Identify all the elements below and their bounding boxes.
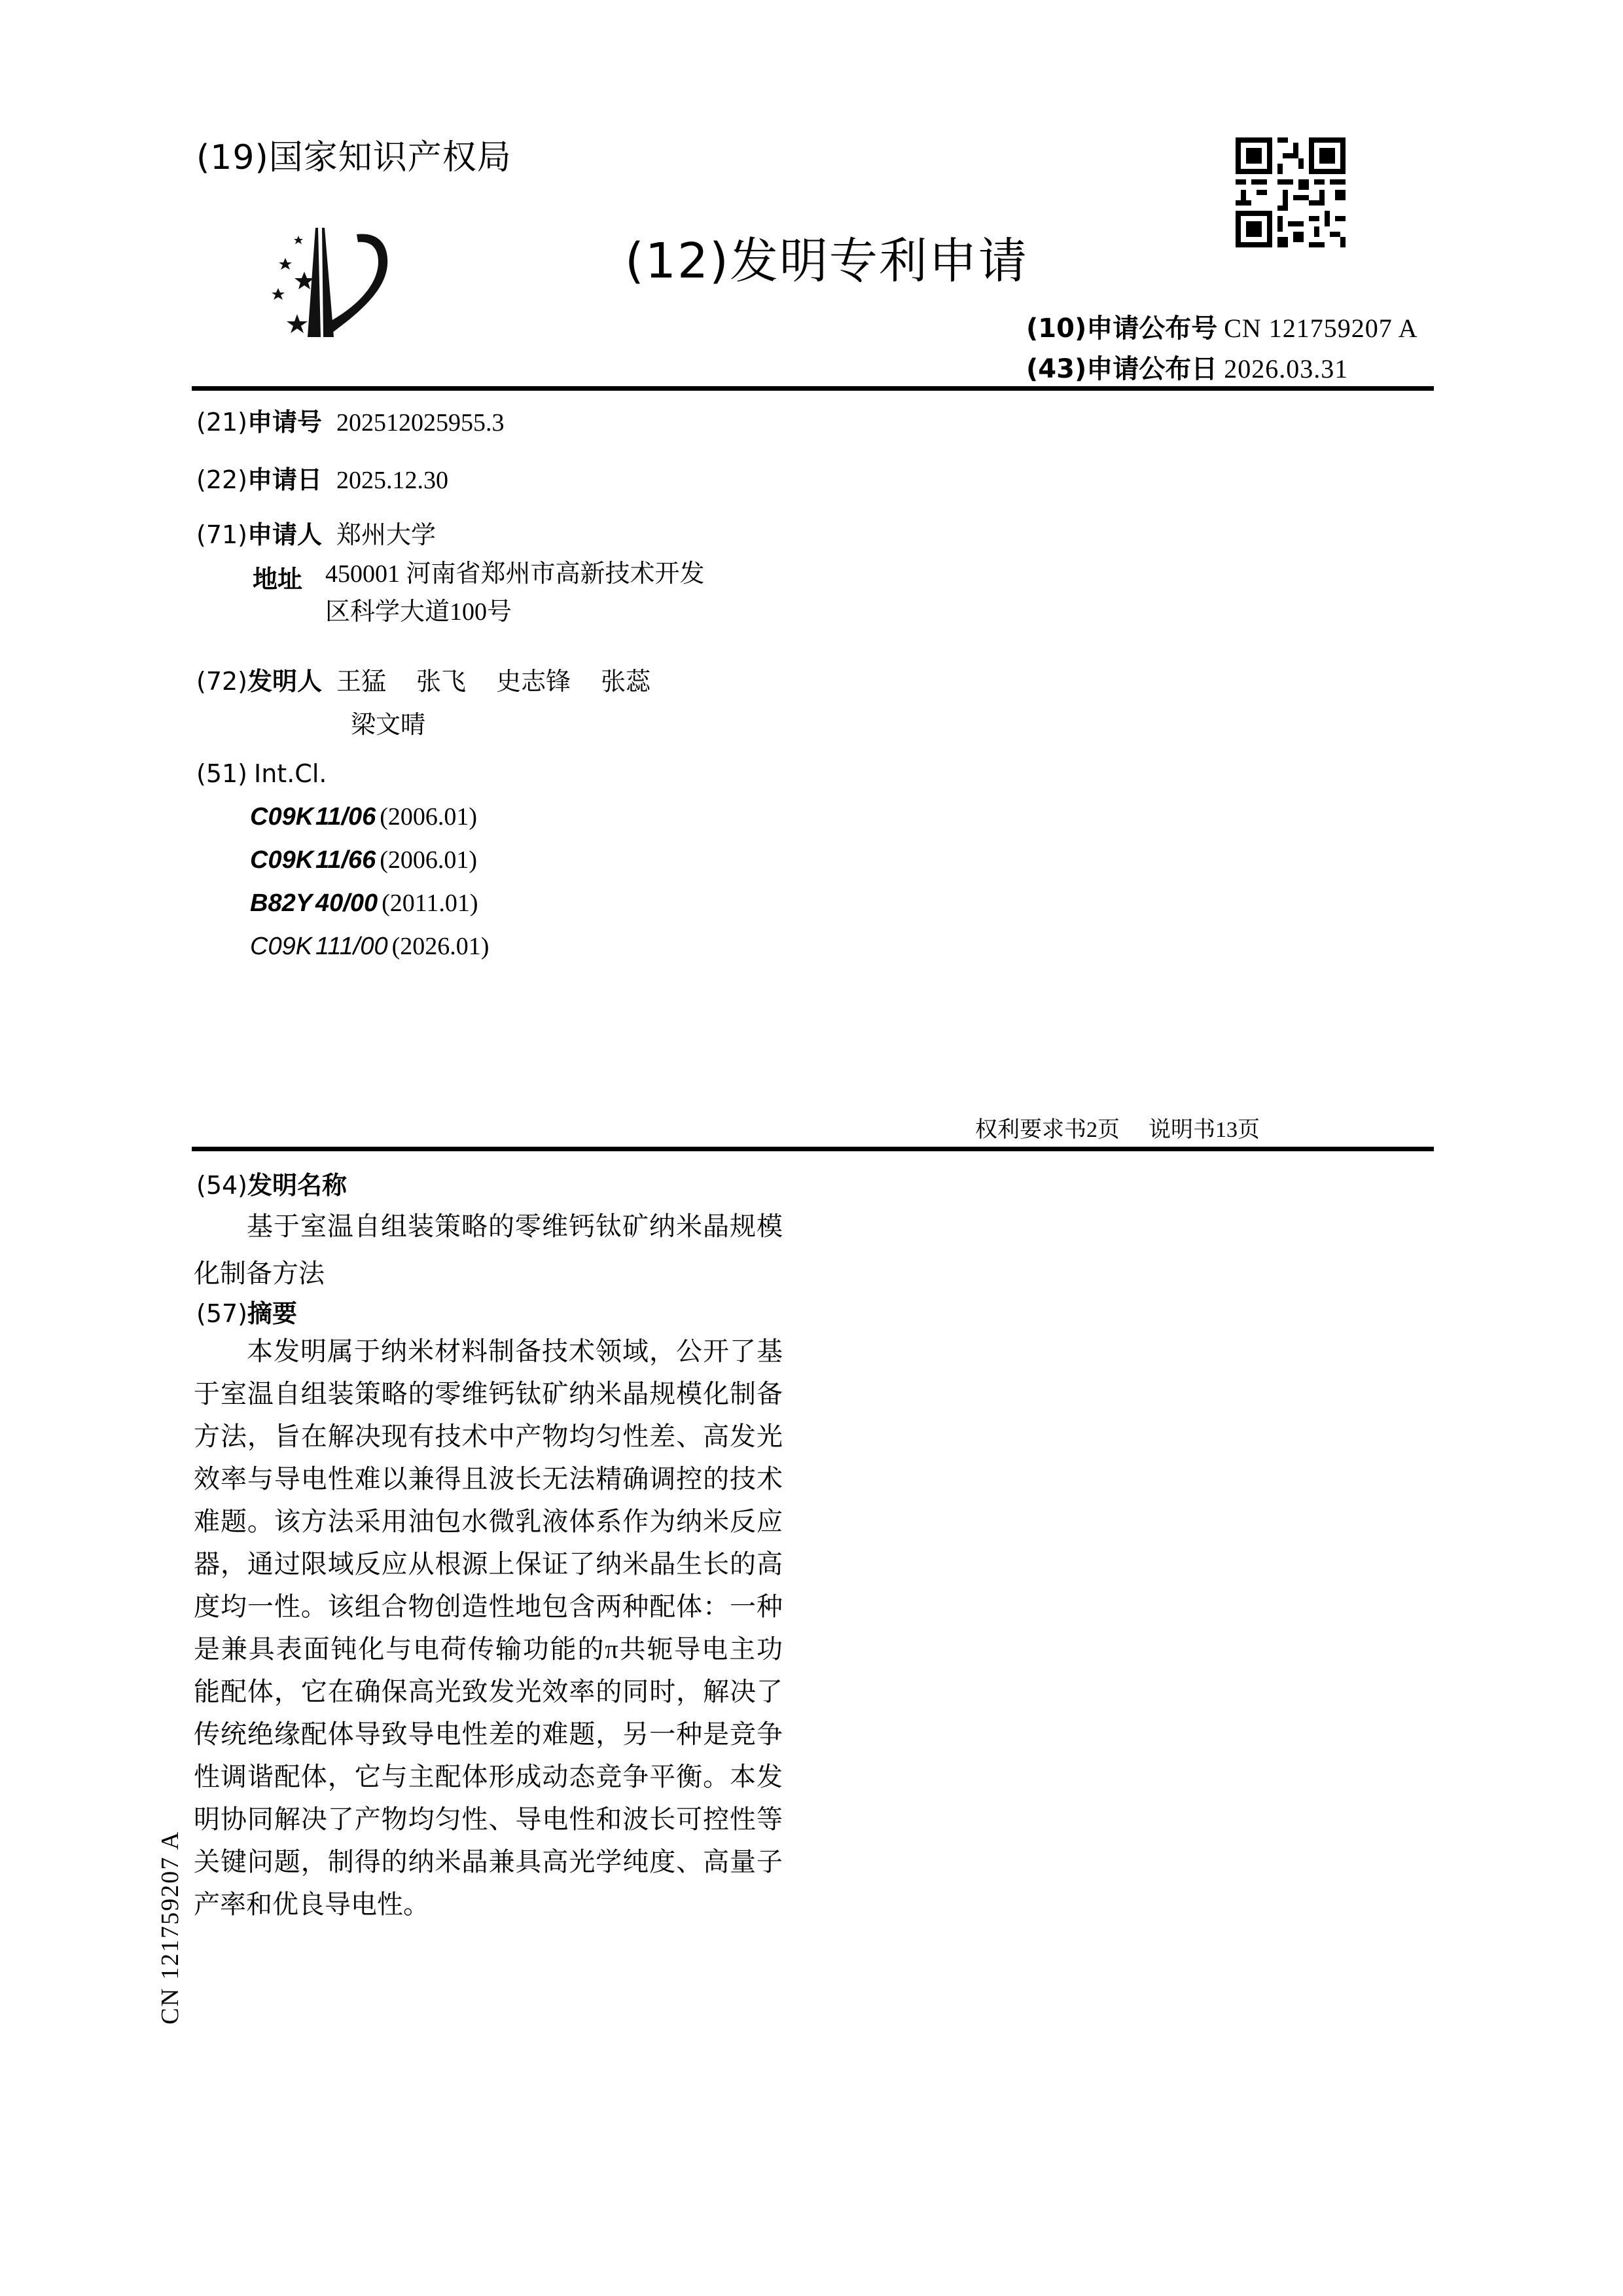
page-counts: 权利要求书2页说明书13页	[975, 1111, 1289, 1143]
document-type: (12)发明专利申请	[625, 223, 1028, 292]
office-code: (19)	[196, 138, 269, 177]
inventor-name: 张蕊	[601, 661, 651, 697]
inventor-name: 张飞	[416, 661, 466, 697]
qr-code-icon	[1236, 137, 1346, 247]
applicant: (71)申请人郑州大学	[196, 514, 436, 550]
description-page-count: 说明书13页	[1149, 1118, 1260, 1142]
header-divider	[192, 386, 1434, 391]
ipc-entry: B82Y40/00(2011.01)	[250, 889, 478, 918]
abstract-heading: (57)摘要	[196, 1293, 297, 1329]
issuing-office: (19)国家知识产权局	[196, 130, 512, 179]
ipc-entry: C09K11/66(2006.01)	[250, 846, 477, 874]
inventor-name: 史志锋	[496, 661, 571, 697]
publication-date: (43)申请公布日2026.03.31	[1026, 348, 1348, 386]
ipc-heading: (51)Int.Cl.	[196, 759, 327, 789]
office-name: 国家知识产权局	[269, 138, 512, 177]
side-publication-number: CN 121759207 A	[157, 1820, 183, 2036]
doc-type-code: (12)	[625, 233, 730, 289]
ipc-entry: C09K111/00(2026.01)	[250, 932, 489, 961]
claims-page-count: 权利要求书2页	[975, 1118, 1120, 1142]
address-label: 地址	[253, 559, 302, 595]
cnipa-logo-icon	[268, 223, 419, 344]
abstract-text: 本发明属于纳米材料制备技术领域，公开了基于室温自组装策略的零维钙钛矿纳米晶规模化…	[194, 1330, 783, 1926]
invention-title: 基于室温自组装策略的零维钙钛矿纳米晶规模化制备方法	[194, 1203, 783, 1297]
application-number: (21)申请号202512025955.3	[196, 402, 505, 438]
inventor-name: 梁文晴	[351, 704, 425, 740]
title-heading: (54)发明名称	[196, 1165, 347, 1201]
inventors: (72)发明人王猛张飞史志锋张蕊	[196, 661, 681, 697]
ipc-entry: C09K11/06(2006.01)	[250, 802, 477, 831]
publication-number: (10)申请公布号CN 121759207 A	[1026, 308, 1418, 345]
doc-type-label: 发明专利申请	[730, 233, 1028, 289]
section-divider	[192, 1147, 1434, 1151]
filing-date: (22)申请日2025.12.30	[196, 459, 448, 495]
address-value: 450001 河南省郑州市高新技术开发 区科学大道100号	[325, 555, 705, 631]
inventor-name: 王猛	[336, 661, 386, 697]
